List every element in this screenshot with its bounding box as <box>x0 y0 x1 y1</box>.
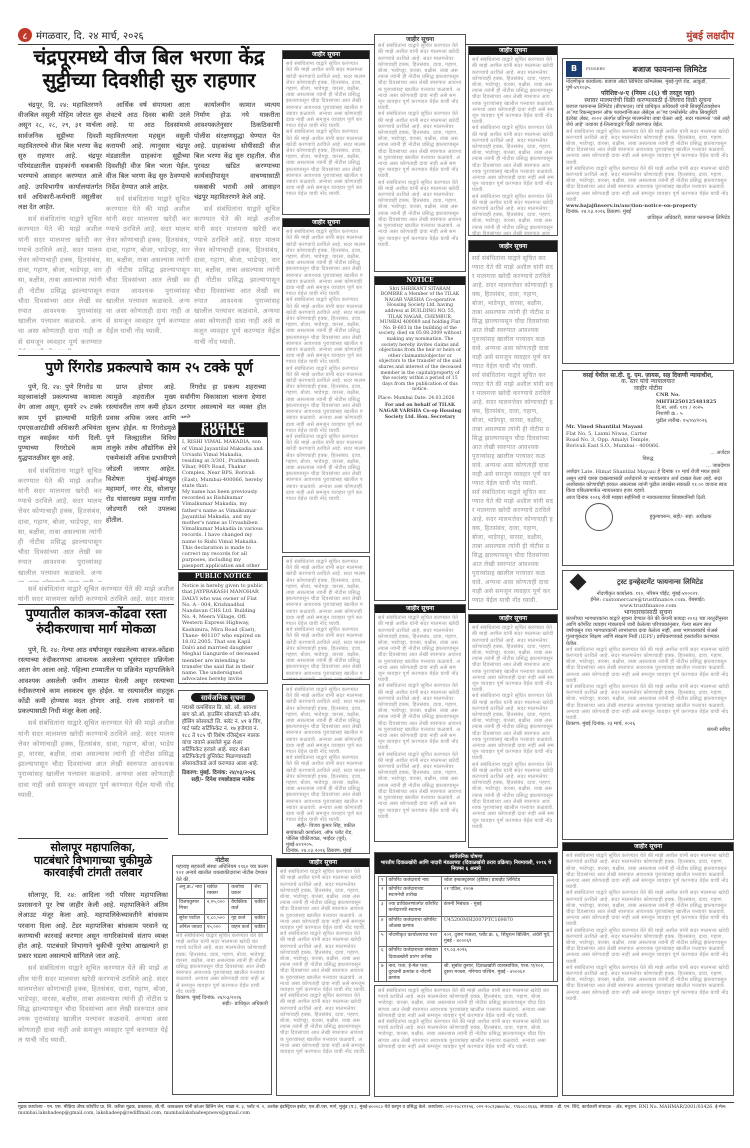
headline-line: पुण्यातील कात्रज-कोंढवा रस्ता <box>18 608 174 623</box>
jahir-suchana-col5-low: जाहीर सूचना सर्व संबंधितांना याद्वारे सू… <box>468 614 558 848</box>
notice-body: Shri SHRIKANT SITARAM BOMBRE a Member of… <box>378 287 462 393</box>
company-name: बजाज फायनान्स लिमिटेड <box>609 66 730 72</box>
notice-signature: For and on behalf of TILAK NAGAR VARSHA … <box>378 403 462 420</box>
divider <box>18 838 168 839</box>
notice-body: My name has been previously recorded as … <box>182 489 264 570</box>
notice-society-member: NOTICE Shri SHRIKANT SITARAM BOMBRE a Me… <box>374 276 466 601</box>
notice-body: बजाज फायनान्स लिमिटेड (बीएफएल) यांचे प्र… <box>566 104 730 129</box>
public-notice-share-certificate: सार्वजनिक सूचना पद्मश्री कमर्शियल प्रि. … <box>178 690 268 835</box>
notice-header: जाहीर सूचना <box>283 219 369 227</box>
notice-signature: कंपनी सचिव <box>566 727 730 733</box>
notice-signature: प्राधिकृत अधिकारी, बजाज फायनान्स लिमिटेड <box>566 215 730 221</box>
jahir-suchana-col5-mid: जाहीर सूचना सर्व संबंधितांना याद्वारे सू… <box>468 240 558 610</box>
notice-header: PUBLIC NOTICE <box>179 423 267 437</box>
notice-header: जाहीर सूचना <box>283 51 369 59</box>
notice-header: PUBLIC NOTICE <box>179 573 267 581</box>
notice-place-date: दिनांक: २४.०३.२०२६ ठिकाण: मुंबई <box>286 848 366 854</box>
article-column: रिंगरोड हा प्रकल्प शहराच्या सर्वांगीण वि… <box>180 382 266 418</box>
notice-place-date: Place: Mumbai Date: 24.03.2026 <box>378 396 462 402</box>
table-row: ४कॉर्पोरेट कर्जदाराचा कॉर्पोरेट ओळख क्रम… <box>379 916 554 931</box>
table-row: ५नोंदणीकृत कार्यालयाचा पत्ता२०१, दुसरा म… <box>379 932 554 947</box>
notice-header: जाहीर सूचना <box>563 843 733 851</box>
jahir-suchana-col4-top: जाहीर सूचना सर्व संबंधितांना याद्वारे सू… <box>374 34 466 272</box>
notice-intro: I, RISHI VIMAL MAKADIA, son of Vimal Jay… <box>182 439 264 489</box>
defaulters-table: अनु.क्र./ नावथकीत रक्कमकर्जाचा प्रकारशेर… <box>176 883 268 933</box>
insolvency-table: १कॉर्पोरेट कर्जदाराचे नावश्वेता इन्फ्रास… <box>378 876 554 982</box>
notice-header: सार्वजनिक सूचना <box>191 693 255 702</box>
notice-signature: हुकुमावरून, सही/- सहा. अधीक्षक <box>650 514 712 520</box>
article-column: प्राप्त होणार आहे. त्यामुळे शहरातील मुख्… <box>106 382 176 582</box>
article-column: पुणे, दि. २४: पुणे रिंगरोड या महत्त्वाका… <box>18 382 102 582</box>
jahir-suchana-col3-mid: जाहीर सूचना सर्व संबंधितांना याद्वारे सू… <box>282 218 370 553</box>
divider <box>18 604 174 605</box>
table-row: विजयकुमार मिश्रा२,१५,०००वैयक्तिक कर्जथकी… <box>177 899 268 914</box>
notice-signature: सही/- प्राधिकृत अधिकारी <box>176 1001 268 1007</box>
table-row: ६कॉर्पोरेट कर्जदाराच्या संबंधात दिवाळखोर… <box>379 947 554 962</box>
company-name: ट्रस्ट इन्व्हेस्टमेंट फायनान्स लिमिटेड <box>590 579 730 585</box>
headline-line: सुट्टीच्या दिवशीही सुरु राहणार <box>18 69 280 92</box>
headline-solapur: सोलापूर महापालिका, पाटबंधारे विभागाच्या … <box>18 842 168 880</box>
notice-body: कंपनीच्या भागधारकांना याद्वारे सूचना देण… <box>566 616 730 647</box>
bajaj-logo-icon: B <box>566 61 582 77</box>
public-announcement-insolvency: सार्वजनिक घोषणाभारतीय दिवाळखोरी आणि नादा… <box>374 852 558 982</box>
notice-subtitle: स्थावर मालमत्तेची विक्री करण्यासाठी ई-लि… <box>566 98 730 104</box>
jahir-suchana-col3-top: जाहीर सूचना सर्व संबंधितांना याद्वारे सू… <box>282 50 370 215</box>
newspaper-brand: मुंबई लक्षदीप <box>686 28 734 42</box>
table-row: ७नाव, पत्ता, ई-मेल पत्ता, दूरध्वनी क्रमा… <box>379 962 554 982</box>
headline-katraj-kondhwa: पुण्यातील कात्रज-कोंढवा रस्ता रुंदीकरणाच… <box>18 608 174 638</box>
notice-header: जाहीर सूचना <box>277 859 369 867</box>
jahir-suchana-col3-foot: जाहीर सूचना सर्व संबंधितांना याद्वारे सू… <box>276 858 370 1096</box>
court-seal-icon <box>585 503 613 531</box>
trust-finance-shareholder-notice: ट्रस्ट इन्व्हेस्टमेंट फायनान्स लिमिटेड न… <box>562 570 734 840</box>
dateline: मंगळवार, दि. २४ मार्च, २०२६ <box>36 28 144 42</box>
article-column: चंद्रपूर, दि. २४: महावितरणने वीजबिल वसुल… <box>18 100 102 350</box>
contact-line: ईमेल: customercare@trustfinance.com, वेब… <box>566 597 730 609</box>
headline-chandrapur: चंद्रपूरमध्ये वीज बिल भरणा केंद्र सुट्टी… <box>18 46 280 92</box>
table-row: अनिल जाधव९५,०००वाहन कर्जथकीत <box>177 923 268 932</box>
public-notice-flat-transfer: PUBLIC NOTICE Notice is hereby given to … <box>178 572 268 684</box>
article-column: सर्व संबंधितांना याद्वारे सूचित करण्यात … <box>18 584 174 602</box>
public-notice-name-change: PUBLIC NOTICE I, RISHI VIMAL MAKADIA, so… <box>178 422 268 570</box>
notice-body: Notice is hereby given to public that JA… <box>182 583 264 684</box>
notice-header: जाहीर सूचना <box>469 241 557 252</box>
notice-header: जाहीर सूचना <box>469 47 557 55</box>
trust-logo-icon <box>570 574 587 591</box>
headline-line: कारवाईची टांगती तलवार <box>18 867 168 880</box>
jahir-suchana-col4-bottom: सर्व संबंधितांना याद्वारे सूचित करण्यात … <box>374 985 558 1097</box>
notice-header: NOTICE <box>375 277 465 285</box>
table-row: सुरेश पाटील१,८०,५००गृह कर्जथकीत <box>177 914 268 923</box>
jahir-suchana-col5-top: जाहीर सूचना सर्व संबंधितांना याद्वारे सू… <box>468 46 558 236</box>
article-body: सोलापूर, दि. २४: आदिला नदी परिसर महापालि… <box>18 890 168 1095</box>
notice-body: अर्जदार Late. Himat Shantilal Mayani हे … <box>566 469 730 495</box>
logo-caption: FINSERV <box>586 66 605 72</box>
notice-header: सार्वजनिक घोषणाभारतीय दिवाळखोरी आणि नादा… <box>375 853 557 874</box>
notice-signature: सही/- विजय कुमार सिंह, वकील <box>286 823 366 829</box>
notice-place-date: ठिकाण: मुंबई. दिनांक: २४/०३/२०२६ <box>182 770 264 777</box>
notice-address: सायंकाळी कार्यालय, ऑफ प्लॉट रोड, पोलिस च… <box>286 830 366 849</box>
jahir-suchana-col4-low: जाहीर सूचना सर्व संबंधितांना याद्वारे सू… <box>374 604 466 842</box>
notice-signature: सही/- दिनेश रणछोडदास मालेक <box>182 777 264 784</box>
cnr-number: CNR No. MHTH250125481825 <box>656 392 730 405</box>
notice-header: जाहीर सूचना <box>375 605 465 613</box>
imprint-footer: मुद्रक कार्यालय - एन. एस. मीडिया अँण्ड क… <box>18 1102 734 1118</box>
article-column: कार्यालयीन कामात व्यत्यय निर्माण होऊ नये… <box>194 100 280 350</box>
table-row: ३ज्या प्राधिकरणांतर्गत कॉर्पोरेट कर्जदार… <box>379 901 554 916</box>
notice-intro: महाराष्ट्र सहकारी संस्था अधिनियम १९६० च्… <box>176 864 268 883</box>
headline-line: चंद्रपूरमध्ये वीज बिल भरणा केंद्र <box>18 46 280 69</box>
table-row: २कॉर्पोरेट कर्जदाराच्या स्थापनेची तारीख०… <box>379 885 554 900</box>
jahir-suchana-col3-low: सर्व संबंधितांना याद्वारे सूचित करण्यात … <box>282 556 370 680</box>
article-column: आर्थिक वर्ष संपायला आता शेवटचे आठ दिवस ब… <box>106 100 190 350</box>
notice-body: पद्मश्री कमर्शियल प्रि. को. ऑ. आयशा बाग … <box>182 705 264 768</box>
notice-header: जाहीर सूचना <box>469 615 557 623</box>
jahir-suchana-col6-bottom: जाहीर सूचना सर्व संबंधितांना याद्वारे सू… <box>562 842 734 1096</box>
notice-defaulters-table: नोटीस महाराष्ट्र सहकारी संस्था अधिनियम १… <box>172 855 272 1095</box>
bajaj-finance-auction-notice: B FINSERV बजाज फायनान्स लिमिटेड नोंदणीकृ… <box>562 58 734 364</box>
page-number-badge: ८ <box>18 28 32 42</box>
notice-place-date: आज दिनांक २०२६ रोजी माझ्या सहीनिशी व न्य… <box>566 495 730 501</box>
divider <box>18 355 280 356</box>
article-body: पुणे, दि. २४: गेल्या आठ वर्षांपासून रखडल… <box>18 645 174 825</box>
headline-line: सोलापूर महापालिका, <box>18 842 168 855</box>
applicant-address: Flat No. 5, Laxmi Niwas, Carter Road No.… <box>566 431 661 450</box>
headline-line: रुंदीकरणाचा मार्ग मोकळा <box>18 623 174 638</box>
table-row: १कॉर्पोरेट कर्जदाराचे नावश्वेता इन्फ्रास… <box>379 876 554 885</box>
jahir-suchana-col3-bottom: सर्व संबंधितांना याद्वारे सूचित करण्यात … <box>282 684 370 854</box>
court-public-notice: वसई येथील सा.दी. दु. एम. जायस, सह दिवाणी… <box>562 370 734 566</box>
headline-pune-ringroad: पुणे रिंगरोड प्रकल्पाचे काम २५ टक्के पूर… <box>18 360 280 376</box>
